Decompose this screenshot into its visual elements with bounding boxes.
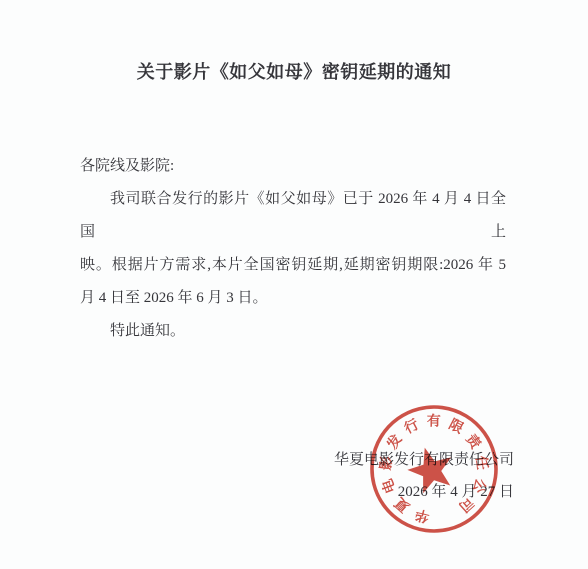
salutation: 各院线及影院: [80,150,506,183]
body-line-1: 我司联合发行的影片《如父如母》已于 2026 年 4 月 4 日全国上 [80,183,506,249]
document-body: 各院线及影院: 我司联合发行的影片《如父如母》已于 2026 年 4 月 4 日… [80,150,506,348]
seal-char: 夏 [391,494,413,516]
closing-line: 特此通知。 [80,315,506,348]
seal-char: 发 [383,431,406,453]
star-icon [403,441,459,495]
seal-char: 行 [401,416,421,438]
body-line-3: 月 4 日至 2026 年 6 月 3 日。 [80,282,506,315]
seal-char: 华 [414,506,432,526]
seal-char: 电 [379,476,400,495]
document-title: 关于影片《如父如母》密钥延期的通知 [0,58,588,84]
seal-char: 司 [455,494,477,516]
body-line-2: 映。根据片方需求,本片全国密钥延期,延期密钥期限:2026 年 5 [80,249,506,282]
company-seal-stamp: 华夏电影发行有限责任公司 [364,399,504,539]
notice-document: 关于影片《如父如母》密钥延期的通知 各院线及影院: 我司联合发行的影片《如父如母… [0,0,588,569]
seal-char: 责 [462,431,485,453]
seal-char: 有 [427,412,441,429]
seal-char: 公 [468,476,488,496]
seal-char: 影 [377,455,396,471]
seal-char: 限 [446,416,466,438]
seal-char: 任 [472,455,491,471]
